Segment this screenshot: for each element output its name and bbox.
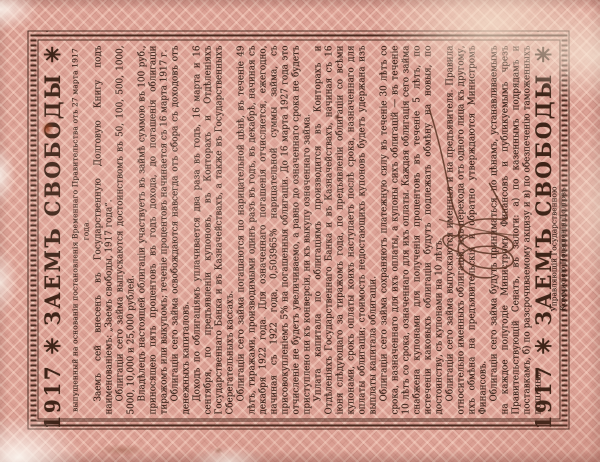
foxing-spot — [214, 447, 223, 454]
bond-paragraph: Владѣлецъ настоящей облигаціи участвуетъ… — [138, 46, 171, 415]
bond-paragraph: Доходъ по облигаціямъ уплачивается два р… — [193, 46, 237, 415]
bond-scan: 1917 ✳ ЗАЕМЪ СВОБОДЫ ✳ 1917 выпущенный н… — [0, 0, 600, 462]
bottom-border-title: 1917 ✳ ЗАЕМЪ СВОБОДЫ ✳ 1917 — [531, 31, 557, 430]
bond-terms-text: выпущенный на основаніи постановленія Вр… — [65, 31, 545, 430]
bond-paragraph: Облигаціи сего займа выпускаются достоин… — [116, 46, 138, 415]
top-border-title: 1917 ✳ ЗАЕМЪ СВОБОДЫ ✳ 1917 — [40, 31, 66, 430]
foxing-smudge — [96, 444, 148, 456]
bond-paragraph: Облигаціи сего займа освобождаются навсе… — [171, 46, 193, 415]
bond-paragraph: Заемъ сей внесенъ въ Государственную Дол… — [94, 46, 116, 415]
bond-paragraph: Уплата капитала по облигаціямъ производи… — [314, 46, 380, 415]
bond-paragraph: Облигаціи сего займа сохраняютъ платежну… — [380, 46, 446, 415]
bond-paragraph: Облигаціи сего займа выпускаются именныя… — [446, 46, 490, 415]
bond-paragraph: Облигаціи сего займа погашаются по нариц… — [237, 46, 314, 415]
bond-document-rotated: 1917 ✳ ЗАЕМЪ СВОБОДЫ ✳ 1917 выпущенный н… — [28, 31, 570, 430]
issuance-header-line: выпущенный на основаніи постановленія Вр… — [70, 46, 92, 415]
